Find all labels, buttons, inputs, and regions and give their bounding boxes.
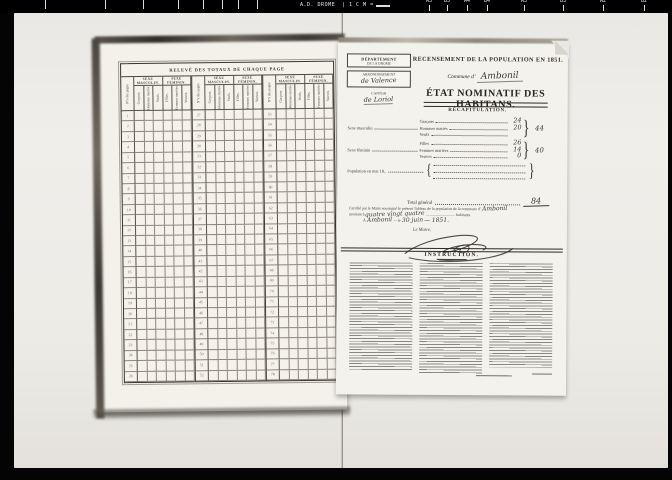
empty-tally-cell [305,140,315,151]
page-number-cell: 28 [193,121,206,132]
empty-tally-cell [217,245,227,256]
empty-tally-cell [315,140,325,151]
subcol-header-text: Hommes mariés. [217,85,221,109]
subcol-header-text: Veufs. [298,92,302,101]
page-number-mark [532,373,552,375]
empty-tally-cell [254,214,264,225]
empty-tally-cell [146,236,156,247]
page-number-cell: 63 [265,214,278,225]
pages-col-header: N°s des pages [263,75,276,109]
ruler-tick [644,5,645,11]
page-number-cell: 76 [267,349,280,360]
empty-tally-cell [286,130,296,141]
empty-tally-cell [316,192,326,203]
empty-tally-cell [155,257,165,268]
recap-row-value-handwritten: 20 [509,123,521,131]
empty-tally-cell [235,162,245,173]
recap-row-label: Veuves [419,154,431,159]
empty-tally-cell [173,183,183,194]
empty-tally-cell [254,182,264,193]
empty-tally-cell [166,361,176,372]
page-number-cell: 68 [266,266,279,277]
empty-tally-cell [244,172,254,183]
empty-tally-cell [246,318,256,329]
instruction-column-2 [419,263,483,374]
page-number-cell: 5 [122,153,135,164]
empty-tally-cell [325,150,335,161]
empty-tally-cell [306,192,316,203]
empty-tally-cell [154,111,164,122]
subcol-header-text: Veuves. [326,90,330,101]
certification-printed3: habitants. [456,213,471,217]
ruler-tick-label: A2 [600,0,606,4]
empty-tally-cell [182,142,192,153]
empty-tally-cell [227,329,237,340]
empty-tally-cell [165,236,175,247]
subcol-header: Garçons. [276,84,286,109]
empty-tally-cell [255,287,265,298]
empty-tally-cell [236,276,246,287]
empty-tally-cell [215,141,225,152]
empty-tally-cell [289,349,299,360]
page-number-cell: 21 [124,319,137,330]
page-number-cell: 58 [264,161,277,172]
subcol-header-text: Femmes mariées. [317,84,321,108]
empty-tally-cell [245,235,255,246]
empty-tally-cell [254,224,264,235]
empty-tally-cell [145,184,155,195]
subcol-header: Hommes mariés. [215,85,225,110]
empty-tally-cell [157,371,167,382]
empty-tally-cell [147,309,157,320]
page-number-cell: 53 [264,109,277,120]
empty-tally-cell [305,109,315,120]
empty-tally-cell [184,256,194,267]
empty-tally-cell [256,339,266,350]
empty-tally-cell [277,109,287,120]
empty-tally-cell [145,173,155,184]
empty-tally-cell [317,338,327,349]
empty-tally-cell [225,152,235,163]
empty-tally-cell [318,359,328,370]
empty-tally-cell [298,297,308,308]
empty-tally-cell [234,131,244,142]
empty-tally-cell [226,214,236,225]
empty-tally-cell [135,121,145,132]
empty-tally-cell [244,110,254,121]
empty-tally-cell [146,225,156,236]
empty-tally-cell [136,226,146,237]
page-number-cell: 46 [195,308,208,319]
page-number-cell: 1 [122,111,135,122]
empty-tally-cell [297,234,307,245]
folded-corner-crease [555,41,569,55]
empty-tally-cell [237,318,247,329]
empty-tally-cell [185,329,195,340]
empty-tally-cell [147,361,157,372]
empty-tally-cell [277,120,287,131]
empty-tally-cell [256,349,266,360]
scale-label: | 1 C M = [342,2,374,8]
empty-tally-cell [287,182,297,193]
releve-group: N°s des pagesSEXE MASCULIN.SEXE FÉMININ.… [121,76,196,382]
empty-tally-cell [165,267,175,278]
page-number-cell: 47 [195,319,208,330]
instruction-header: INSTRUCTION. [337,251,567,258]
empty-tally-cell [147,351,157,362]
empty-tally-cell [175,329,185,340]
empty-tally-cell [315,150,325,161]
empty-tally-cell [235,204,245,215]
empty-tally-cell [146,298,156,309]
empty-tally-cell [287,172,297,183]
subcol-header-text: Femmes mariées. [175,85,179,109]
subcol-header: Filles. [305,84,315,109]
empty-tally-cell [306,161,316,172]
empty-tally-cell [245,224,255,235]
subcol-header: Veuves. [253,84,263,109]
page-number-cell: 77 [267,359,280,370]
empty-tally-cell [185,308,195,319]
certification-date-label: — le [393,219,401,223]
empty-tally-cell [163,121,173,132]
empty-tally-cell [147,340,157,351]
empty-tally-cell [326,286,336,297]
empty-tally-cell [155,205,165,216]
empty-tally-cell [136,236,146,247]
empty-tally-cell [206,120,216,131]
empty-tally-cell [279,338,289,349]
releve-table: RELEVÉ DES TOTAUX DE CHAQUE PAGE N°s des… [120,61,338,384]
page-number-cell: 30 [193,141,206,152]
empty-tally-cell [183,162,193,173]
empty-tally-cell [218,339,228,350]
empty-tally-cell [280,370,290,381]
recap-table: Sexe masculinGarçons24Hommes mariés20Veu… [347,116,561,181]
empty-tally-cell [145,194,155,205]
ruler-tick [222,0,223,9]
empty-tally-cell [288,286,298,297]
scale-dash [376,5,390,7]
page-number-cell: 9 [123,194,136,205]
empty-tally-cell [247,370,257,381]
empty-tally-cell [217,266,227,277]
empty-tally-cell [287,192,297,203]
empty-tally-cell [183,183,193,194]
page-number-cell: 61 [265,193,278,204]
empty-tally-cell [289,359,299,370]
empty-tally-cell [225,183,235,194]
leader-dots [433,168,525,173]
page-number-cell: 70 [266,286,279,297]
page-number-cell: 43 [195,277,208,288]
subcol-header: Filles. [234,85,244,110]
empty-tally-cell [247,349,257,360]
male-group-total-handwritten: 44 [529,124,549,133]
empty-tally-cell [256,370,266,381]
empty-tally-cell [256,308,266,319]
empty-tally-cell [316,213,326,224]
empty-tally-cell [137,267,147,278]
empty-tally-cell [255,255,265,266]
empty-tally-cell [147,319,157,330]
empty-tally-cell [183,152,193,163]
empty-tally-cell [137,288,147,299]
empty-tally-cell [326,275,336,286]
leader-dots [372,146,417,151]
empty-tally-cell [154,184,164,195]
empty-tally-cell [209,371,219,382]
empty-tally-cell [308,307,318,318]
empty-tally-cell [307,296,317,307]
empty-tally-cell [206,162,216,173]
empty-tally-cell [236,256,246,267]
empty-tally-cell [316,255,326,266]
page-number-cell: 45 [195,298,208,309]
empty-tally-cell [237,339,247,350]
page-number-cell: 44 [195,287,208,298]
empty-tally-cell [308,349,318,360]
ruler-bar: A.D. DROME | 1 C M = A5B5A4B4A3B3A2B2 [0,0,672,13]
brace-glyph: } [523,117,528,138]
ruler-tick [429,5,430,11]
page-number-cell: 19 [124,299,137,310]
empty-tally-cell [247,360,257,371]
empty-tally-cell [163,111,173,122]
empty-tally-cell [297,192,307,203]
empty-tally-cell [174,256,184,267]
page-number-cell: 55 [264,130,277,141]
empty-tally-cell [217,287,227,298]
commune-label: Commune d’ [447,74,475,80]
empty-tally-cell [217,256,227,267]
empty-tally-cell [227,277,237,288]
female-header: SEXE FÉMININ. [305,75,334,84]
empty-tally-cell [289,338,299,349]
empty-tally-cell [254,162,264,173]
page-number-cell: 10 [123,205,136,216]
empty-tally-cell [137,309,147,320]
empty-tally-cell [164,194,174,205]
page-number-cell: 22 [124,330,137,341]
empty-tally-cell [173,142,183,153]
empty-tally-cell [226,224,236,235]
subcol-header: Garçons. [205,85,215,110]
empty-tally-cell [227,339,237,350]
empty-tally-cell [207,235,217,246]
empty-tally-cell [174,236,184,247]
empty-tally-cell [236,235,246,246]
empty-tally-cell [146,278,156,289]
empty-tally-cell [226,193,236,204]
empty-tally-cell [317,307,327,318]
empty-tally-cell [236,245,246,256]
empty-tally-cell [297,265,307,276]
empty-tally-cell [155,194,165,205]
empty-tally-cell [163,131,173,142]
empty-tally-cell [256,318,266,329]
empty-tally-cell [289,328,299,339]
page-number-cell: 64 [265,224,278,235]
leader-dots [434,154,508,158]
empty-tally-cell [315,109,325,120]
empty-tally-cell [175,288,185,299]
empty-tally-cell [298,317,308,328]
empty-tally-cell [154,132,164,143]
empty-tally-cell [175,277,185,288]
empty-tally-cell [227,308,237,319]
empty-tally-cell [244,183,254,194]
recap-header: RÉCAPITULATION. [398,108,558,114]
female-group-label-wrap: Sexe féminin [347,146,419,152]
empty-tally-cell [156,277,166,288]
empty-tally-cell [184,246,194,257]
empty-tally-cell [287,203,297,214]
pages-col-header-text: N°s des pages [196,83,200,103]
empty-tally-cell [147,330,157,341]
empty-tally-cell [307,244,317,255]
leader-dots [436,119,508,123]
empty-tally-cell [216,152,226,163]
empty-tally-cell [227,297,237,308]
page-number-cell: 66 [265,245,278,256]
male-group: Sexe masculinGarçons24Hommes mariés20Veu… [347,116,561,138]
empty-tally-cell [136,246,146,257]
empty-tally-cell [254,172,264,183]
male-group-items: Garçons24Hommes mariés20Veufs [419,118,521,137]
empty-tally-cell [326,244,336,255]
empty-tally-cell [165,288,175,299]
empty-tally-cell [305,119,315,130]
empty-tally-cell [255,235,265,246]
empty-tally-cell [298,328,308,339]
empty-tally-cell [324,119,334,130]
empty-tally-cell [244,141,254,152]
certification-year-handwritten: — 1851. [424,218,449,225]
empty-tally-cell [206,110,216,121]
empty-tally-cell [297,213,307,224]
empty-tally-cell [145,205,155,216]
empty-tally-cell [316,234,326,245]
empty-tally-cell [215,110,225,121]
ruler-tick [257,0,258,9]
empty-tally-cell [298,286,308,297]
empty-tally-cell [166,329,176,340]
page-number-cell: 56 [264,141,277,152]
ruler-tick [45,0,46,9]
empty-tally-cell [165,257,175,268]
subcol-header: Veuves. [324,84,334,109]
right-page-top-edge [338,37,568,43]
page-number-cell: 7 [122,174,135,185]
empty-tally-cell [145,163,155,174]
empty-tally-cell [155,225,165,236]
page-number-cell: 74 [266,328,279,339]
recap-row: Veufs [419,130,521,137]
empty-tally-cell [316,203,326,214]
empty-tally-cell [289,370,299,381]
empty-tally-cell [209,360,219,371]
ruler-tick-label: B5 [444,0,450,4]
empty-tally-cell [135,173,145,184]
empty-tally-cell [234,110,244,121]
empty-tally-cell [185,319,195,330]
empty-tally-cell [135,111,145,122]
empty-tally-cell [255,245,265,256]
population-items [431,161,527,180]
empty-tally-cell [277,151,287,162]
empty-tally-cell [325,223,335,234]
empty-tally-cell [154,121,164,132]
empty-tally-cell [225,172,235,183]
page-number-cell: 8 [122,184,135,195]
empty-tally-cell [279,328,289,339]
empty-tally-cell [324,109,334,120]
empty-tally-cell [135,184,145,195]
empty-tally-cell [237,370,247,381]
empty-tally-cell [297,224,307,235]
empty-tally-cell [135,142,145,153]
empty-tally-cell [288,297,298,308]
female-group: Sexe fémininFilles26Femmes mariées14Veuv… [347,138,561,160]
leader-dots [450,148,507,152]
empty-tally-cell [255,276,265,287]
brace-glyph: } [523,139,528,160]
empty-tally-cell [246,339,256,350]
empty-tally-cell [218,350,228,361]
department-line2: DE LA DROME [349,61,409,65]
empty-tally-cell [206,183,216,194]
brace-glyph: } [529,161,534,180]
empty-tally-cell [286,120,296,131]
empty-tally-cell [166,350,176,361]
ruler-tick [603,5,604,11]
page-number-cell: 3 [122,132,135,143]
empty-tally-cell [277,140,287,151]
page-number-cell: 2 [122,121,135,132]
page-number-cell: 36 [194,204,207,215]
empty-tally-cell [225,110,235,121]
empty-tally-cell [182,110,192,121]
empty-tally-cell [307,234,317,245]
page-number-cell: 13 [123,236,136,247]
page-number-cell: 49 [195,339,208,350]
certification-printed2: montant à [349,212,364,216]
empty-tally-cell [175,319,185,330]
empty-tally-cell [175,267,185,278]
empty-tally-cell [185,350,195,361]
page-number-cell: 23 [124,340,137,351]
empty-tally-cell [279,276,289,287]
empty-tally-cell [218,318,228,329]
empty-tally-cell [135,163,145,174]
leader-dots [433,162,525,167]
empty-tally-cell [317,328,327,339]
population-label: Population en mai 18.. [347,168,386,173]
empty-tally-cell [325,202,335,213]
empty-tally-cell [278,193,288,204]
empty-tally-cell [245,245,255,256]
empty-tally-cell [183,173,193,184]
empty-tally-cell [228,350,238,361]
empty-tally-cell [306,203,316,214]
empty-tally-cell [244,162,254,173]
recap-empty-row [431,173,527,180]
empty-tally-cell [315,161,325,172]
empty-tally-cell [208,339,218,350]
empty-tally-cell [296,151,306,162]
page-number-cell: 31 [193,152,206,163]
